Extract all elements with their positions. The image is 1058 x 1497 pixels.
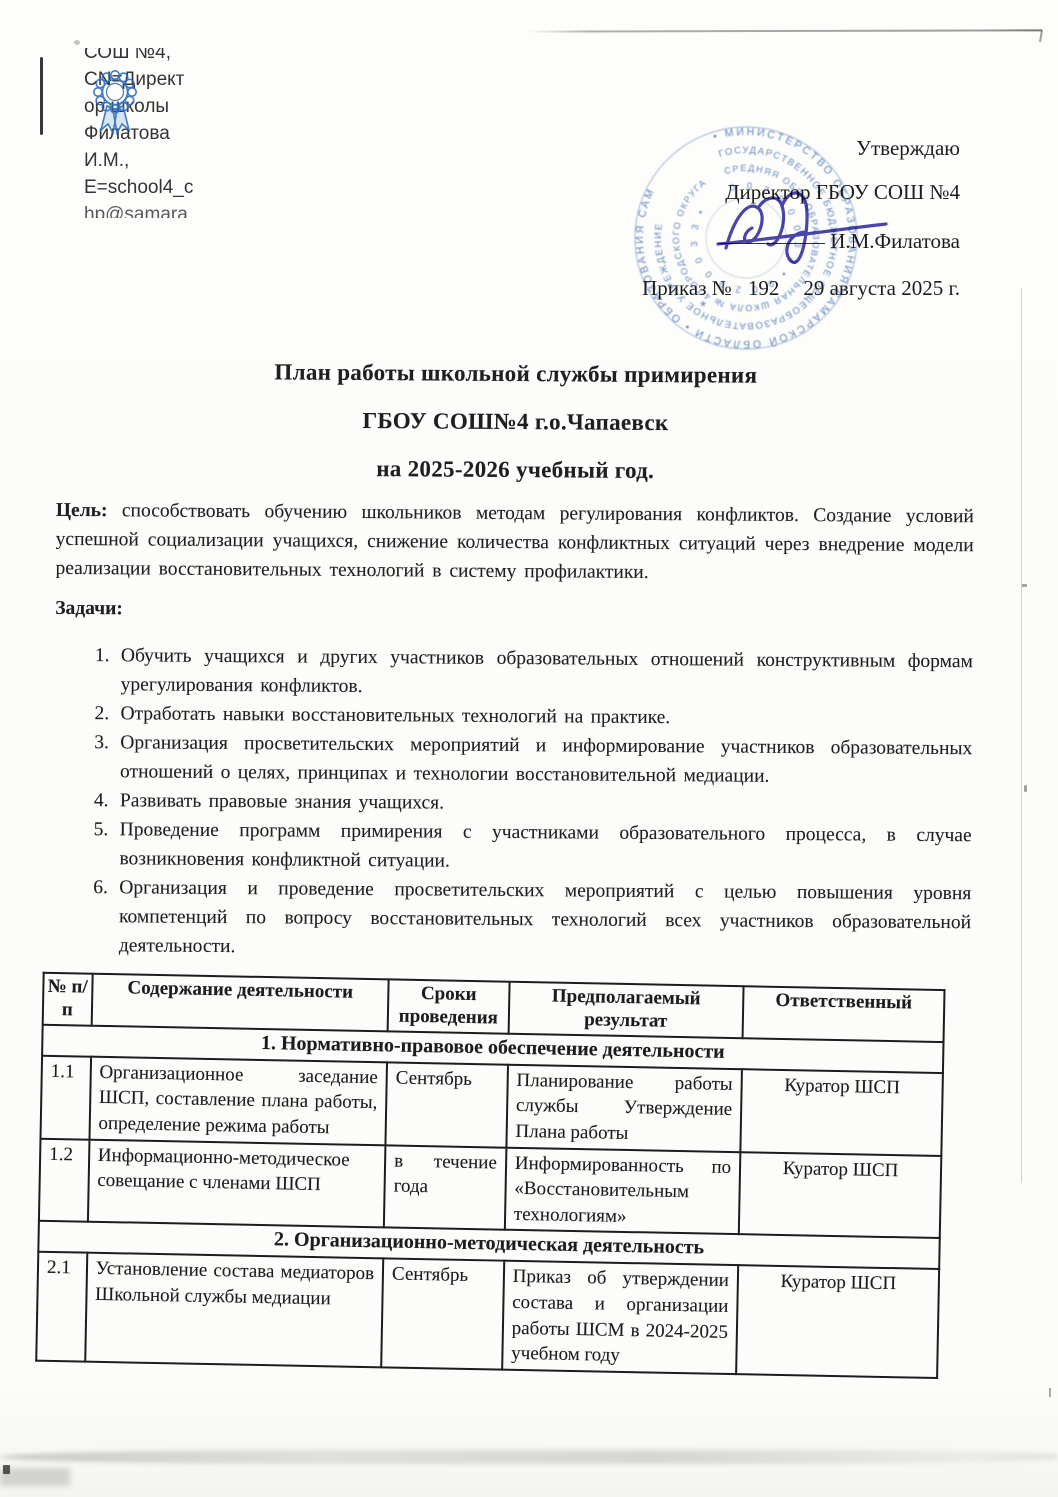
- cell-result: Информированность по «Восстановительным …: [505, 1147, 741, 1234]
- col-header-content: Содержание деятельности: [91, 974, 388, 1031]
- document-title-line2: ГБОУ СОШ№4 г.о.Чапаевск: [56, 404, 974, 440]
- cell-responsible: Куратор ШСП: [736, 1266, 939, 1378]
- cell-timing: Сентябрь: [381, 1259, 504, 1370]
- stamp-star: *: [700, 299, 706, 316]
- col-header-result: Предполагаемый результат: [508, 982, 743, 1038]
- cell-content: Организационное заседание ШСП, составлен…: [89, 1056, 387, 1145]
- cell-timing: в течение года: [384, 1145, 506, 1230]
- task-item: Проведение программ примирения с участни…: [115, 815, 971, 879]
- goal-text: способствовать обучению школьников метод…: [55, 500, 974, 583]
- signature-line: СОШ №4,: [84, 48, 212, 66]
- tasks-label: Задачи:: [55, 598, 973, 626]
- scan-speck: [1049, 1388, 1051, 1397]
- cell-result: Приказ об утверждении состава и организа…: [502, 1261, 738, 1374]
- cell-content: Установление состава медиаторов Школьной…: [85, 1253, 383, 1367]
- col-header-responsible: Ответственный: [743, 986, 945, 1041]
- col-header-timing: Сроки проведения: [388, 979, 510, 1033]
- document-header: СОШ №4, CN=Директ ор школы Филатова И.М.…: [0, 0, 1058, 340]
- signature-line: hp@samara: [84, 201, 212, 218]
- goal-paragraph: Цель: способствовать обучению школьников…: [55, 496, 974, 589]
- cell-result: Планирование работы службы Утверждение П…: [506, 1064, 742, 1151]
- document-body: План работы школьной службы примирения Г…: [0, 355, 1058, 1368]
- cell-number: 1.2: [39, 1138, 89, 1222]
- signature-line: И.М.,: [84, 147, 212, 174]
- tasks-list: Обучить учащихся и других участников обр…: [53, 641, 973, 966]
- handwritten-signature: [714, 184, 894, 276]
- scan-corner-mark: [3, 1465, 10, 1474]
- task-item: Обучить учащихся и других участников обр…: [117, 641, 973, 705]
- cell-responsible: Куратор ШСП: [739, 1152, 942, 1239]
- document-title-line1: План работы школьной службы примирения: [57, 356, 975, 392]
- document-title-line3: на 2025-2026 учебный год.: [56, 452, 974, 488]
- certificate-rosette-icon: [92, 70, 138, 136]
- col-header-number: № п/п: [43, 973, 93, 1026]
- signature-line: E=school4_c: [84, 174, 212, 201]
- goal-label: Цель:: [56, 500, 108, 521]
- table-row: 2.1 Установление состава медиаторов Школ…: [36, 1252, 939, 1378]
- cell-responsible: Куратор ШСП: [740, 1069, 943, 1156]
- task-item: Организация и проведение просветительски…: [115, 873, 972, 966]
- task-item: Организация просветительских мероприятий…: [116, 728, 972, 792]
- work-plan-table: № п/п Содержание деятельности Сроки пров…: [35, 972, 945, 1379]
- scan-bottom-shadow: [0, 1450, 1058, 1464]
- cell-timing: Сентябрь: [386, 1062, 508, 1147]
- cell-number: 1.1: [41, 1055, 91, 1139]
- cell-number: 2.1: [36, 1252, 87, 1361]
- scanned-document-page: СОШ №4, CN=Директ ор школы Филатова И.М.…: [0, 0, 1058, 1497]
- cell-content: Информационно-методическое совещание с ч…: [88, 1139, 386, 1228]
- scan-bottom-shadow: [0, 1468, 70, 1486]
